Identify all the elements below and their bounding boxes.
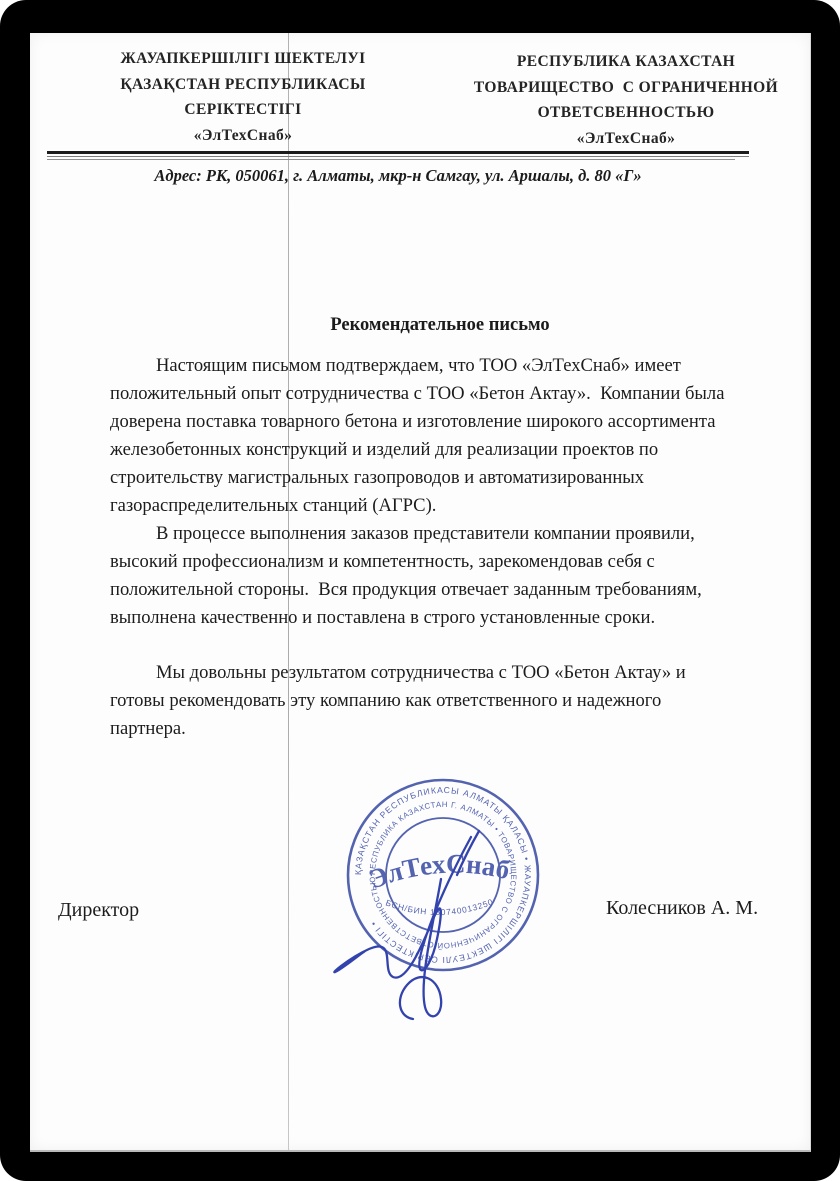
letter-body: Настоящим письмом подтверждаем, что ТОО … <box>110 352 786 743</box>
letterhead-line: «ЭлТехСнаб» <box>448 126 804 152</box>
letterhead-kazakh: ЖАУАПКЕРШІЛІГІ ШЕКТЕЛУІ ҚАЗАҚСТАН РЕСПУБ… <box>68 46 418 148</box>
letterhead-divider <box>47 151 749 161</box>
letterhead-line: СЕРІКТЕСТІГІ <box>68 97 418 123</box>
body-line: В процессе выполнения заказов представит… <box>110 520 786 548</box>
paragraph: Мы довольны результатом сотрудничества с… <box>110 659 786 743</box>
handwritten-signature-icon <box>313 821 528 1036</box>
signatory-name: Колесников А. М. <box>606 897 758 920</box>
company-address: Адрес: РК, 050061, г. Алматы, мкр-н Самг… <box>47 166 749 186</box>
body-line: партнера. <box>110 715 786 743</box>
letter-title: Рекомендательное письмо <box>90 315 790 336</box>
body-line: выполнена качественно и поставлена в стр… <box>110 604 786 632</box>
director-label: Директор <box>58 899 139 922</box>
letterhead-russian: РЕСПУБЛИКА КАЗАХСТАН ТОВАРИЩЕСТВО С ОГРА… <box>448 49 804 151</box>
body-line: газораспределительных станций (АГРС). <box>110 492 786 520</box>
body-line: Мы довольны результатом сотрудничества с… <box>110 659 786 687</box>
body-line: Настоящим письмом подтверждаем, что ТОО … <box>110 352 786 380</box>
body-line: высокий профессионализм и компетентность… <box>110 548 786 576</box>
body-line: готовы рекомендовать эту компанию как от… <box>110 687 786 715</box>
paragraph: В процессе выполнения заказов представит… <box>110 520 786 632</box>
letterhead-line: ОТВЕТСВЕННОСТЬЮ <box>448 100 804 126</box>
body-line: положительный опыт сотрудничества с ТОО … <box>110 380 786 408</box>
body-line: доверена поставка товарного бетона и изг… <box>110 408 786 436</box>
letterhead-line: РЕСПУБЛИКА КАЗАХСТАН <box>448 49 804 75</box>
letterhead-line: «ЭлТехСнаб» <box>68 123 418 149</box>
body-line: железобетонных конструкций и изделий для… <box>110 436 786 464</box>
paragraph: Настоящим письмом подтверждаем, что ТОО … <box>110 352 786 520</box>
body-line: положительной стороны. Вся продукция отв… <box>110 576 786 604</box>
letterhead-line: ЖАУАПКЕРШІЛІГІ ШЕКТЕЛУІ <box>68 46 418 72</box>
body-line: строительству магистральных газопроводов… <box>110 464 786 492</box>
letterhead-line: ҚАЗАҚСТАН РЕСПУБЛИКАСЫ <box>68 72 418 98</box>
letter-page: ЖАУАПКЕРШІЛІГІ ШЕКТЕЛУІ ҚАЗАҚСТАН РЕСПУБ… <box>30 33 811 1152</box>
letterhead-line: ТОВАРИЩЕСТВО С ОГРАНИЧЕННОЙ <box>448 75 804 101</box>
scan-border: ЖАУАПКЕРШІЛІГІ ШЕКТЕЛУІ ҚАЗАҚСТАН РЕСПУБ… <box>0 0 840 1181</box>
